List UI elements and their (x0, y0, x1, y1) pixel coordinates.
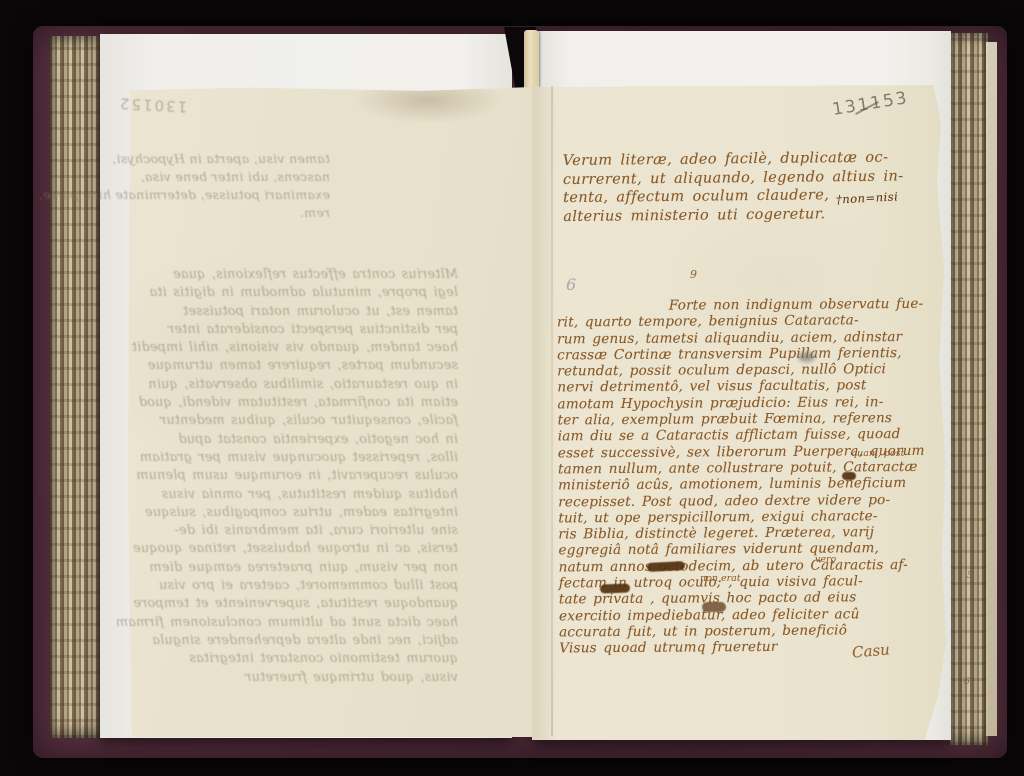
text-line: quorum testimonio constaret integritas (56, 650, 458, 668)
right-under-page-edge (986, 42, 997, 736)
text-line: per distinctius perspecti considerata in… (56, 321, 458, 339)
text-line: rem. (68, 204, 330, 222)
text-line: tamen est, ut oculorum notari potuisset (56, 303, 458, 321)
text-line: Forte non indignum observatu fue- (557, 296, 957, 315)
text-line: oculus recuperavit, in eorumque usum ple… (56, 467, 458, 485)
margin-ink-mark: 9 (690, 268, 697, 281)
ink-blot (702, 602, 726, 612)
text-line: adjici, nec inde altera deprehendere sin… (56, 632, 458, 650)
grey-smudge (798, 352, 815, 362)
text-line: tamen visu, aperta in Hypochysi, (68, 150, 330, 168)
ink-blot (600, 583, 630, 593)
text-line: post illud commemoret, caetera ei pro vi… (56, 577, 458, 595)
ink-blot (842, 472, 856, 480)
right-paragraph-1: Verum literæ, adeo facilè, duplicatæ oc-… (563, 148, 956, 226)
text-line: non per visum, quin praeterea eamque die… (56, 559, 458, 577)
text-line: in hoc negotio, experientia constat apud (56, 431, 458, 449)
text-line: tersis, ac in utroque habuisset, retinae… (56, 540, 458, 558)
text-line: legi propre, minutula admodum in digitis… (56, 284, 458, 302)
text-line: natum annos octodecim, ab utero Cataract… (559, 556, 959, 575)
text-line: crassæ Cortinæ transversim Pupillam feri… (557, 344, 957, 363)
text-line: etiam ita confirmata, restitutam videndi… (56, 394, 458, 412)
text-line: haec dicta sunt ad ultimum conclusionem … (56, 614, 458, 632)
fore-edge-number-top: 5 (967, 571, 973, 581)
text-line: in quo restauratio, similibus observatis… (56, 376, 458, 394)
text-line: Visus quoad utrumq frueretur (559, 638, 959, 657)
margin-number: 6 (566, 275, 576, 294)
text-line: Mlterius contra effectus reflexionis, qu… (56, 266, 458, 284)
left-showthrough-main-block: Mlterius contra effectus reflexionis, qu… (56, 266, 458, 687)
left-showthrough-top-block: tamen visu, aperta in Hypochysi,nascens,… (68, 150, 330, 222)
catchword: Casu (851, 640, 890, 661)
gutter-guard-tab (524, 30, 539, 92)
interlinear-insertion-quam-post: quam, post (851, 448, 904, 459)
text-line: secundum partes, requirere tamen utrumqu… (56, 357, 458, 375)
text-line: quandoque restituta, superveniente et te… (56, 595, 458, 613)
right-leaf-fold-crease (551, 86, 553, 736)
right-paragraph-2: Forte non indignum observatu fue-rit, qu… (557, 296, 959, 657)
text-line: ministeriô acûs, amotionem, luminis bene… (558, 475, 958, 494)
text-line: sine ulteriori cura, ita membranis ibi d… (56, 522, 458, 540)
text-line: haec tandem, quando vis visionis, nihil … (56, 339, 458, 357)
text-line: visus, quod utrimque frueretur (56, 669, 458, 687)
interlinear-insertion-vero: vero (815, 554, 836, 565)
fore-edge-number-bottom: 6 (964, 677, 970, 687)
left-folio-pencil-number: 130152 (118, 94, 188, 116)
text-line: examinari potuisse, determinate hinc par… (68, 186, 330, 204)
text-line: nascens, ubi inter bene visa, (68, 168, 330, 186)
interlinear-insertion-non-erat: non erat (700, 573, 741, 584)
photograph-of-open-manuscript: 130152 tamen visu, aperta in Hypochysi,n… (0, 0, 1024, 776)
text-line: habitus quidem restitutus, per omnia vis… (56, 486, 458, 504)
text-line: facile, consequitur oculis, quibus meden… (56, 412, 458, 430)
text-line: integritas eadem, utrius compagibus, sui… (56, 504, 458, 522)
text-line: illos, reperisset quocunque visum per gr… (56, 449, 458, 467)
